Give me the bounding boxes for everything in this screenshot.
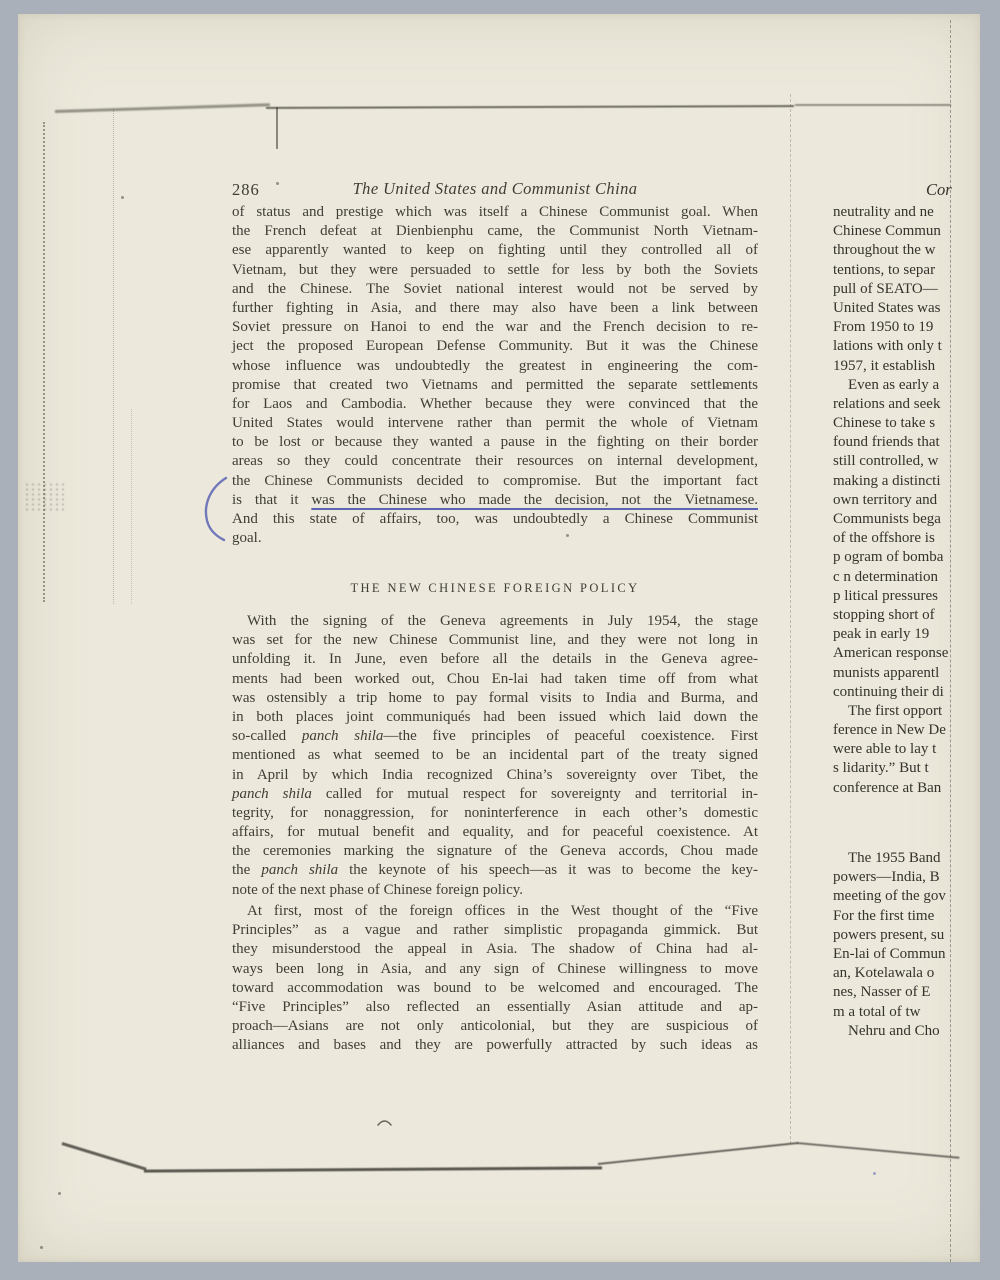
text-line: m a total of tw [833, 1003, 950, 1022]
page-header: 286 The United States and Communist Chin… [232, 179, 758, 203]
text-line: whose influence was undoubtedly the grea… [232, 357, 758, 376]
text-line: The first opport [833, 702, 950, 721]
page-gutter-line [790, 94, 791, 1144]
text-line: With the signing of the Geneva agreement… [232, 612, 758, 631]
text-line: 1957, it establish [833, 357, 950, 376]
paragraph-2: With the signing of the Geneva agreement… [232, 612, 758, 900]
text-line: was set for the new Chinese Communist li… [232, 631, 758, 650]
text-line: ference in New De [833, 721, 950, 740]
text-line: of status and prestige which was itself … [232, 203, 758, 222]
text-line: Vietnam, but they were persuaded to sett… [232, 261, 758, 280]
scan-artifact-vertical-tick [276, 107, 278, 149]
text-line: conference at Ban [833, 779, 950, 798]
text-line: continuing their di [833, 683, 950, 702]
section-heading: THE NEW CHINESE FOREIGN POLICY [232, 581, 758, 596]
text-line: United States would intervene rather tha… [232, 414, 758, 433]
text-line: so-called panch shila—the five principle… [232, 727, 758, 746]
text-line: in both places joint communiqués had bee… [232, 708, 758, 727]
text-line: goal. [232, 529, 758, 548]
text-line: Soviet pressure on Hanoi to end the war … [232, 318, 758, 337]
text-line: And this state of affairs, too, was undo… [232, 510, 758, 529]
text-line: panch shila called for mutual respect fo… [232, 785, 758, 804]
scan-artifact-margin-smudge [24, 482, 68, 512]
text-line: powers present, su [833, 926, 950, 945]
text-line: tentions, to separ [833, 261, 950, 280]
text-line: munists apparentl [833, 664, 950, 683]
text-line: ways been long in Asia, and any sign of … [232, 960, 758, 979]
text-line: mentioned as what seemed to be an incide… [232, 746, 758, 765]
text-line: and the Chinese. The Soviet national int… [232, 280, 758, 299]
text-line: toward accommodation was bound to be wel… [232, 979, 758, 998]
text-line: an, Kotelawala o [833, 964, 950, 983]
scan-artifact-left-dotted-line [43, 122, 45, 602]
text-line: the Chinese Communists decided to compro… [232, 472, 758, 491]
text-line: At first, most of the foreign offices in… [232, 902, 758, 921]
text-line: Even as early a [833, 376, 950, 395]
scan-artifact-left-faint-line [113, 109, 114, 604]
text-line: ject the proposed European Defense Commu… [232, 337, 758, 356]
text-line: the panch shila the keynote of his speec… [232, 861, 758, 880]
text-line: the French defeat at Dienbienphu came, t… [232, 222, 758, 241]
running-title: The United States and Communist China [232, 179, 758, 199]
text-line: Communists bega [833, 510, 950, 529]
text-line: stopping short of [833, 606, 950, 625]
scan-artifact-top-line-smudge [55, 103, 270, 113]
scan-artifact-right-dashed-line [950, 20, 951, 1262]
text-line: own territory and [833, 491, 950, 510]
caret-mark [376, 1116, 394, 1128]
text-line: Principles” as a vague and rather simpli… [232, 921, 758, 940]
text-line: American response [833, 644, 950, 663]
scan-speck [58, 1192, 61, 1195]
text-line: relations and seek [833, 395, 950, 414]
scan-artifact-bottom-line-1 [62, 1142, 147, 1171]
text-line: in April by which India recognized China… [232, 766, 758, 785]
scan-artifact-left-faint-line-2 [131, 409, 132, 604]
text-line: still controlled, w [833, 452, 950, 471]
text-line: nes, Nasser of E [833, 983, 950, 1002]
text-line: of the offshore is [833, 529, 950, 548]
text-line: tegrity, for nonaggression, for noninter… [232, 804, 758, 823]
text-line: “Five Principles” also reflected an esse… [232, 998, 758, 1017]
scan-artifact-top-line [266, 105, 794, 109]
text-line: found friends that [833, 433, 950, 452]
text-line: For the first time [833, 907, 950, 926]
text-line: alliances and bases and they are powerfu… [232, 1036, 758, 1055]
text-line: the ceremonies marking the signature of … [232, 842, 758, 861]
scan-artifact-bottom-line-4 [797, 1142, 960, 1159]
text-line: unfolding it. In June, even before all t… [232, 650, 758, 669]
text-line: En-lai of Commun [833, 945, 950, 964]
text-line: ese apparently wanted to keep on fightin… [232, 241, 758, 260]
scan-artifact-bottom-line-3 [598, 1142, 798, 1165]
text-line: to be lost or because they wanted a paus… [232, 433, 758, 452]
scanned-book-photocopy: { "scan": { "colors": { "background": "#… [0, 0, 1000, 1280]
text-line: promise that created two Vietnams and pe… [232, 376, 758, 395]
text-line: ments had been worked out, Chou En-lai h… [232, 670, 758, 689]
text-line: was ostensibly a trip home to pay formal… [232, 689, 758, 708]
underlined-phrase: was the Chinese who made the decision, n… [311, 492, 758, 508]
right-page-upper-column: neutrality and neChinese Communthroughou… [833, 203, 950, 798]
text-line: From 1950 to 19 [833, 318, 950, 337]
text-line: proach—Asians are not only anticolonial,… [232, 1017, 758, 1036]
text-line: is that it was the Chinese who made the … [232, 491, 758, 510]
paragraph-1: of status and prestige which was itself … [232, 203, 758, 548]
text-line: note of the next phase of Chinese foreig… [232, 881, 758, 900]
text-line: throughout the w [833, 241, 950, 260]
text-line: Nehru and Cho [833, 1022, 950, 1041]
text-line: c n determination [833, 568, 950, 587]
ink-speck [873, 1172, 876, 1175]
text-line: they misunderstood the appeal in Asia. T… [232, 940, 758, 959]
text-line: s lidarity.” But t [833, 759, 950, 778]
text-line: further fighting in Asia, and there may … [232, 299, 758, 318]
text-line: powers—India, B [833, 868, 950, 887]
scan-artifact-top-line-right [795, 104, 951, 106]
paragraph-3: At first, most of the foreign offices in… [232, 902, 758, 1056]
scan-artifact-bottom-line-2 [144, 1166, 602, 1172]
text-line: peak in early 19 [833, 625, 950, 644]
text-line: making a distincti [833, 472, 950, 491]
text-line: p ogram of bomba [833, 548, 950, 567]
scan-speck [40, 1246, 43, 1249]
right-page-lower-column: The 1955 Bandpowers—India, Bmeeting of t… [833, 849, 950, 1041]
text-line: for Laos and Cambodia. Whether because t… [232, 395, 758, 414]
text-line: Chinese to take s [833, 414, 950, 433]
text-line: p litical pressures [833, 587, 950, 606]
margin-bracket-annotation [201, 474, 231, 544]
text-line: pull of SEATO— [833, 280, 950, 299]
text-line: were able to lay t [833, 740, 950, 759]
text-line: meeting of the gov [833, 887, 950, 906]
text-line: neutrality and ne [833, 203, 950, 222]
text-line: lations with only t [833, 337, 950, 356]
text-line: Chinese Commun [833, 222, 950, 241]
text-line: affairs, for mutual benefit and equality… [232, 823, 758, 842]
right-page-running-title-fragment: Cor [926, 180, 952, 200]
scan-speck [121, 196, 124, 199]
text-line: United States was [833, 299, 950, 318]
text-line: areas so they could concentrate their re… [232, 452, 758, 471]
scanned-page: 286 The United States and Communist Chin… [18, 14, 980, 1262]
text-line: The 1955 Band [833, 849, 950, 868]
